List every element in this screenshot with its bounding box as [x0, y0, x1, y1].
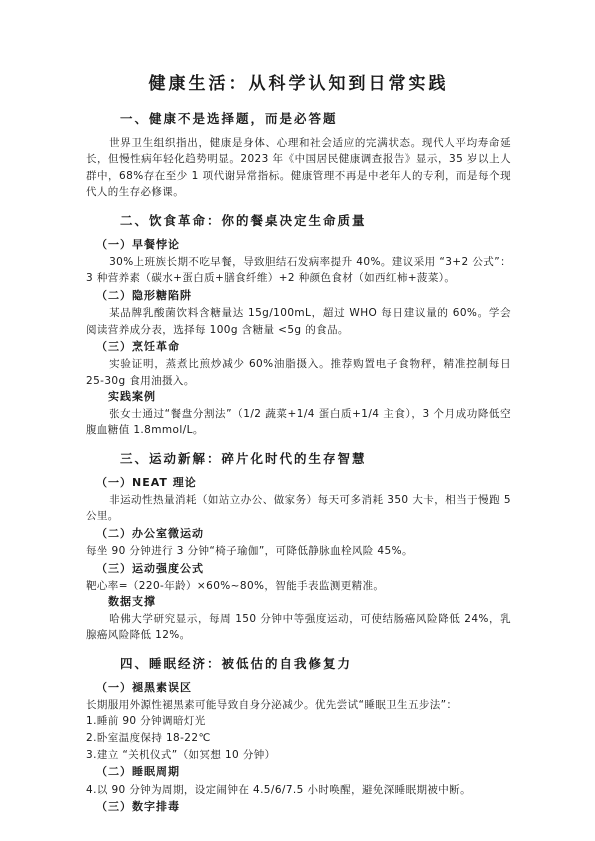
paragraph: 长期服用外源性褪黑素可能导致自身分泌减少。优先尝试“睡眠卫生五步法”：	[86, 697, 511, 713]
subsection-heading: （二）隐形糖陷阱	[96, 288, 511, 304]
paragraph: 30%上班族长期不吃早餐，导致胆结石发病率提升 40%。建议采用 “3+2 公式…	[86, 254, 511, 287]
paragraph: 哈佛大学研究显示，每周 150 分钟中等强度运动，可使结肠癌风险降低 24%，乳…	[86, 611, 511, 644]
section-diet-revolution: 二、饮食革命：你的餐桌决定生命质量 （一）早餐悖论 30%上班族长期不吃早餐，导…	[86, 212, 511, 439]
list-item: 1.睡前 90 分钟调暗灯光	[86, 713, 511, 730]
subsection-heading: （二）睡眠周期	[96, 764, 511, 780]
paragraph: 非运动性热量消耗（如站立办公、做家务）每天可多消耗 350 大卡，相当于慢跑 5…	[86, 492, 511, 525]
section-heading: 二、饮食革命：你的餐桌决定生命质量	[120, 212, 511, 230]
list-item: 4.以 90 分钟为周期，设定闹钟在 4.5/6/7.5 小时唤醒，避免深睡眠期…	[86, 782, 511, 799]
document-title: 健康生活：从科学认知到日常实践	[86, 72, 511, 96]
section-exercise-wisdom: 三、运动新解：碎片化时代的生存智慧 （一）NEAT 理论 非运动性热量消耗（如站…	[86, 450, 511, 644]
paragraph: 靶心率=（220-年龄）×60%~80%，智能手表监测更精准。	[86, 578, 511, 594]
paragraph: 世界卫生组织指出，健康是身体、心理和社会适应的完满状态。现代人平均寿命延长，但慢…	[86, 135, 511, 201]
paragraph: 某品牌乳酸菌饮料含糖量达 15g/100mL，超过 WHO 每日建议量的 60%…	[86, 305, 511, 338]
subsection-heading: （三）数字排毒	[96, 799, 511, 815]
paragraph: 张女士通过“餐盘分割法”（1/2 蔬菜+1/4 蛋白质+1/4 主食），3 个月…	[86, 406, 511, 439]
section-health-mandatory: 一、健康不是选择题，而是必答题 世界卫生组织指出，健康是身体、心理和社会适应的完…	[86, 110, 511, 201]
subsection-heading: （一）早餐悖论	[96, 237, 511, 253]
data-support-label: 数据支撑	[108, 594, 511, 610]
section-heading: 一、健康不是选择题，而是必答题	[120, 110, 511, 128]
subsection-heading: （二）办公室微运动	[96, 526, 511, 542]
paragraph: 实验证明，蒸煮比煎炒减少 60%油脂摄入。推荐购置电子食物秤，精准控制每日 25…	[86, 356, 511, 389]
case-study-label: 实践案例	[108, 389, 511, 405]
section-sleep-economy: 四、睡眠经济：被低估的自我修复力 （一）褪黑素误区 长期服用外源性褪黑素可能导致…	[86, 655, 511, 816]
list-item: 2.卧室温度保持 18-22℃	[86, 730, 511, 747]
subsection-heading: （三）烹饪革命	[96, 339, 511, 355]
subsection-heading: （三）运动强度公式	[96, 561, 511, 577]
section-heading: 四、睡眠经济：被低估的自我修复力	[120, 655, 511, 673]
section-heading: 三、运动新解：碎片化时代的生存智慧	[120, 450, 511, 468]
list-item: 3.建立 “关机仪式”（如冥想 10 分钟）	[86, 747, 511, 764]
subsection-heading: （一）褪黑素误区	[96, 680, 511, 696]
paragraph: 每坐 90 分钟进行 3 分钟“椅子瑜伽”，可降低静脉血栓风险 45%。	[86, 543, 511, 559]
document-page: 健康生活：从科学认知到日常实践 一、健康不是选择题，而是必答题 世界卫生组织指出…	[0, 0, 595, 841]
subsection-heading: （一）NEAT 理论	[96, 475, 511, 491]
